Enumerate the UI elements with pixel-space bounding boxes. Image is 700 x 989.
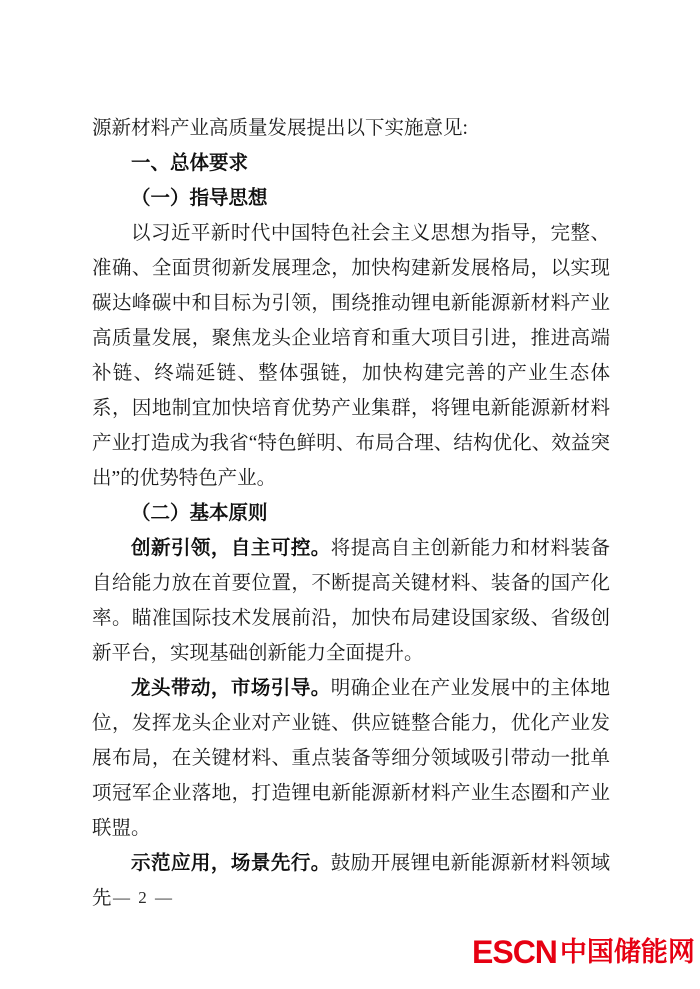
principle-lead-leading-enterprises: 龙头带动，市场引导。 [131, 677, 331, 699]
section-heading-overall-requirements: 一、总体要求 [92, 146, 610, 181]
escn-logo: ESCN 中国储能网 [472, 936, 695, 968]
intro-continuation-line: 源新材料产业高质量发展提出以下实施意见: [92, 111, 610, 146]
paragraph-guiding-ideology: 以习近平新时代中国特色社会主义思想为指导，完整、准确、全面贯彻新发展理念，加快构… [92, 216, 610, 496]
principle-body-leading-enterprises: 明确企业在产业发展中的主体地位，发挥龙头企业对产业链、供应链整合能力，优化产业发… [92, 678, 610, 839]
principle-paragraph-innovation: 创新引领，自主可控。将提高自主创新能力和材料装备自给能力放在首要位置，不断提高关… [92, 531, 610, 671]
document-body: 源新材料产业高质量发展提出以下实施意见: 一、总体要求 （一）指导思想 以习近平… [92, 111, 610, 916]
principle-lead-demonstration: 示范应用，场景先行。 [131, 852, 331, 874]
principle-paragraph-leading-enterprises: 龙头带动，市场引导。明确企业在产业发展中的主体地位，发挥龙头企业对产业链、供应链… [92, 671, 610, 846]
page-number: — 2 — [113, 888, 174, 908]
document-page: 源新材料产业高质量发展提出以下实施意见: 一、总体要求 （一）指导思想 以习近平… [0, 0, 700, 989]
subsection-heading-basic-principles: （二）基本原则 [92, 496, 610, 531]
escn-logo-text-cn: 中国储能网 [560, 939, 695, 966]
subsection-heading-guiding-ideology: （一）指导思想 [92, 181, 610, 216]
principle-lead-innovation: 创新引领，自主可控。 [131, 537, 331, 559]
escn-logo-text-en: ESCN [472, 936, 557, 968]
